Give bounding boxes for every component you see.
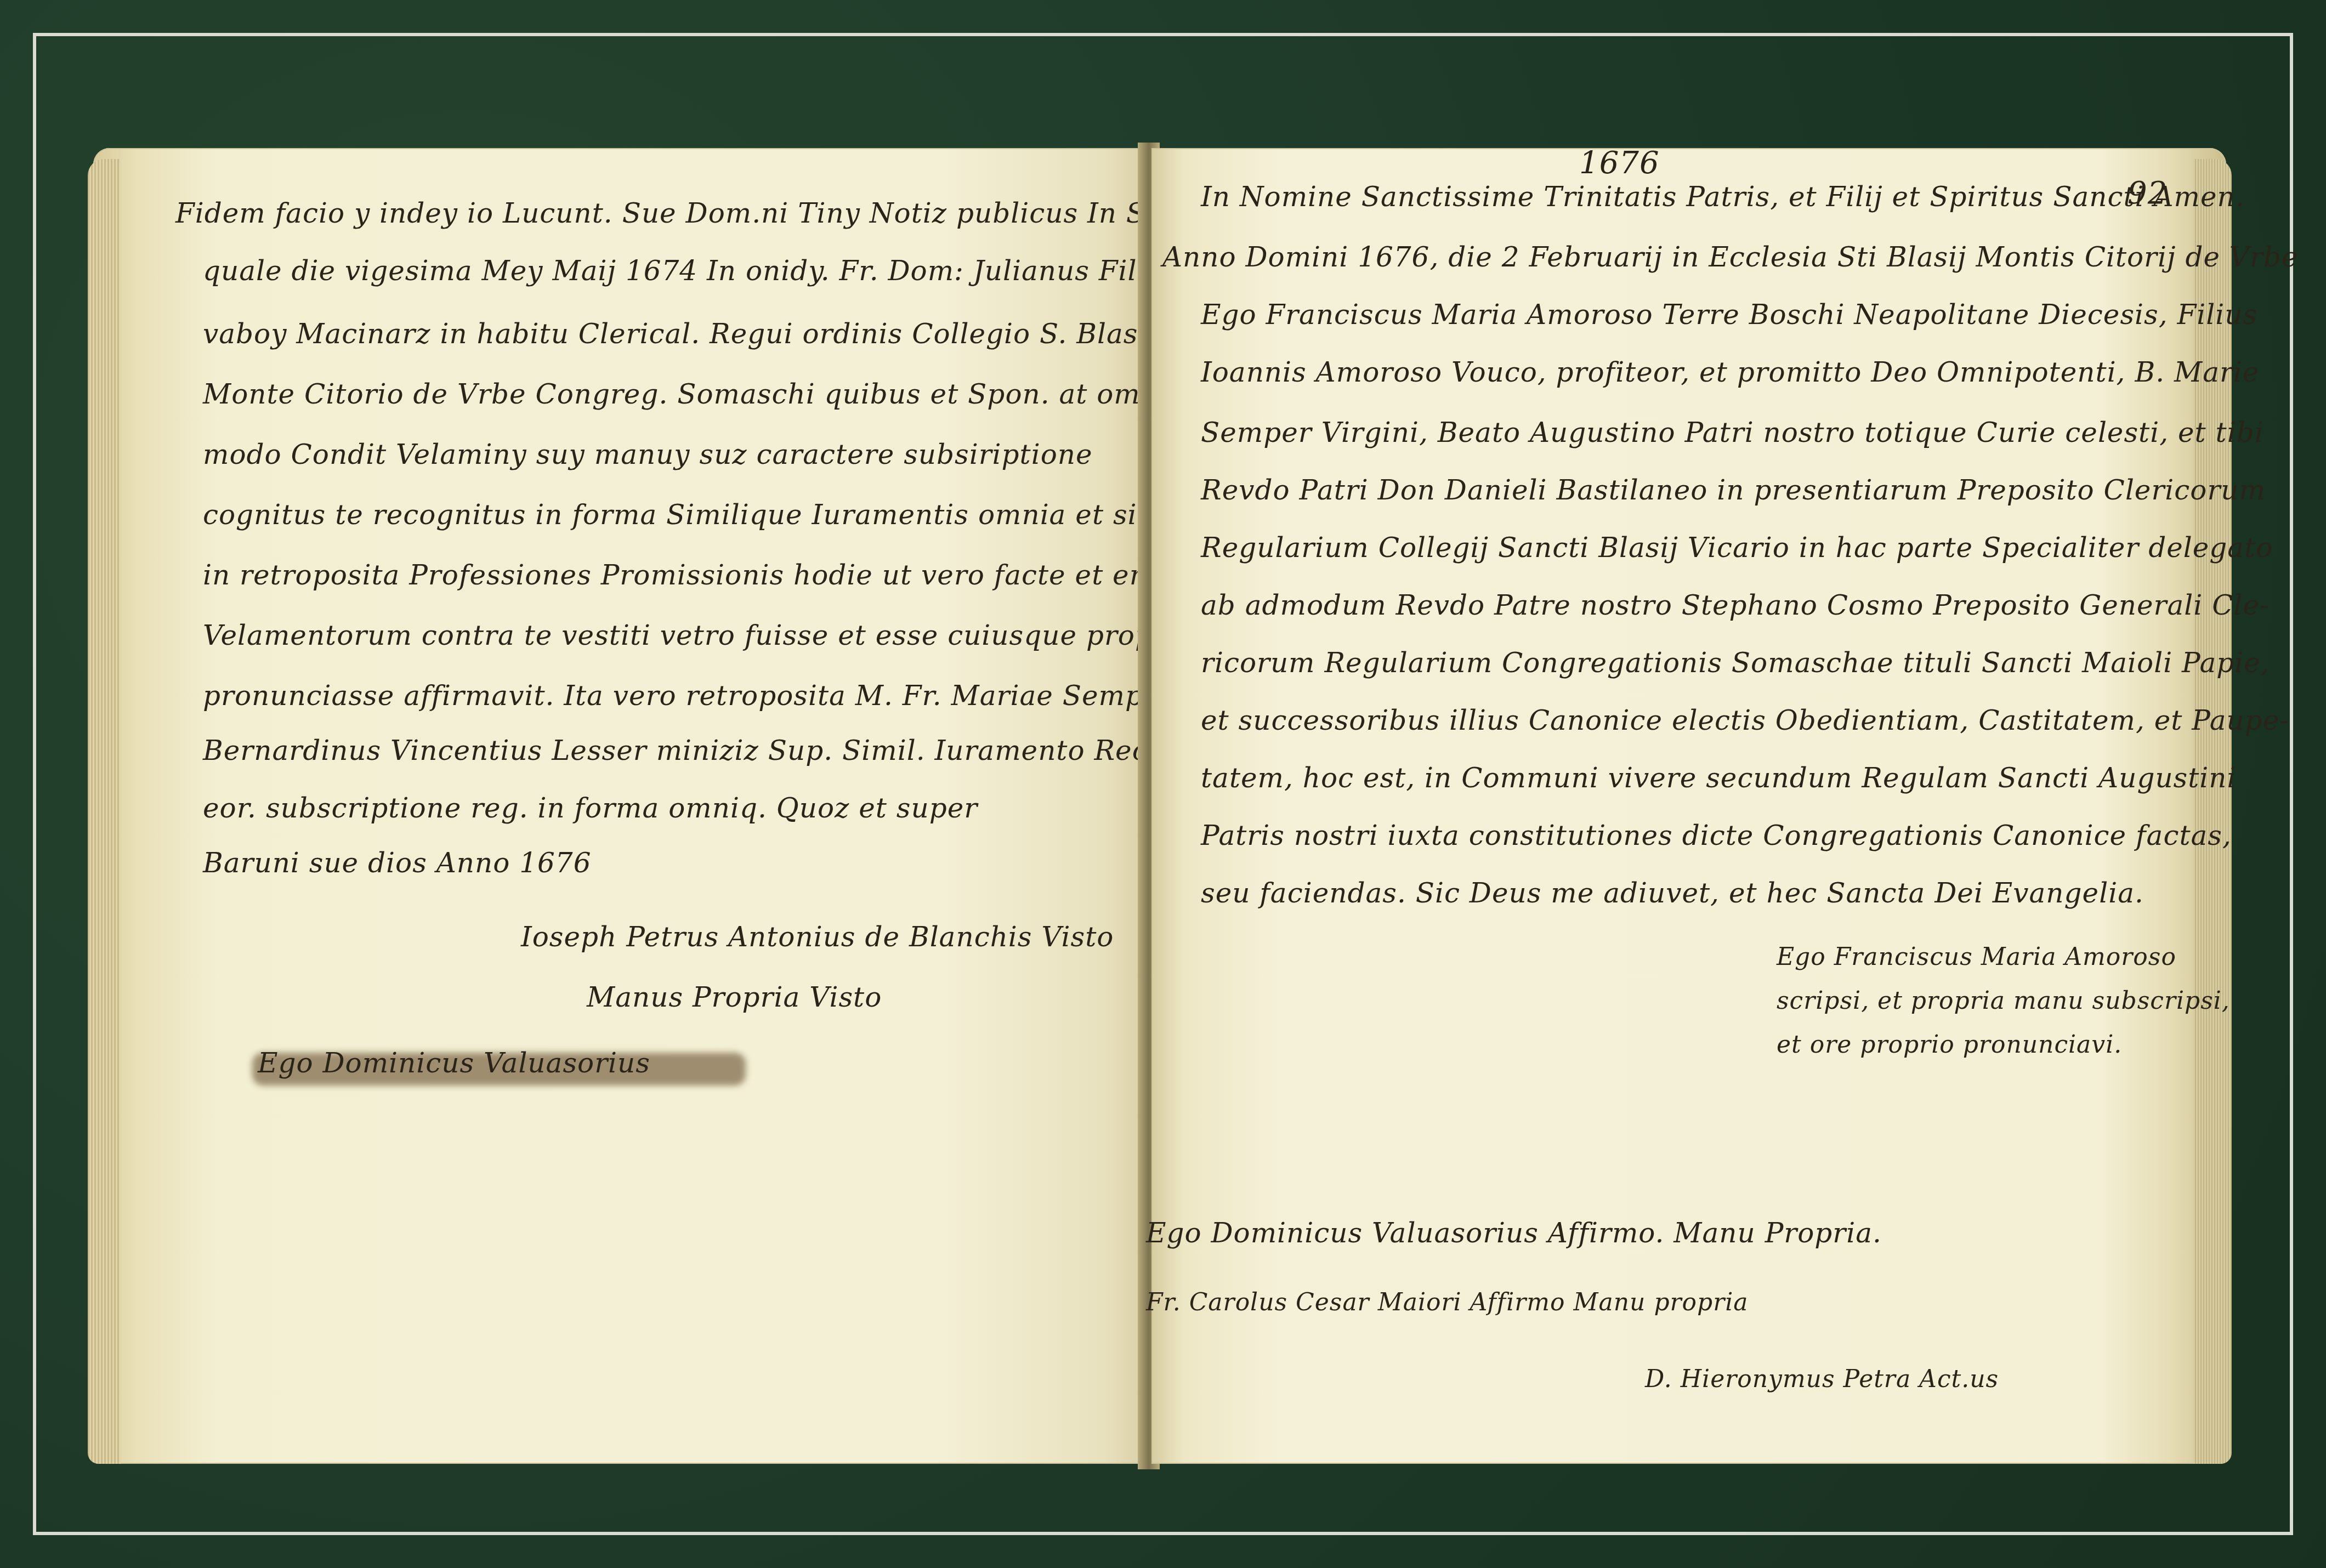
left-page: Fidem facio y indey io Lucunt. Sue Dom.n… [93,148,1146,1464]
right-line-5: Semper Virgini, Beato Augustino Patri no… [1201,417,2264,448]
left-line-4: Monte Citorio de Vrbe Congreg. Somaschi … [203,378,1221,410]
right-line-13: seu faciendas. Sic Deus me adiuvet, et h… [1201,877,2144,909]
declarant-line-2: scripsi, et propria manu subscripsi, [1777,987,2230,1015]
right-line-9: ricorum Regularium Congregationis Somasc… [1201,647,2270,679]
open-manuscript: Fidem facio y indey io Lucunt. Sue Dom.n… [93,132,2232,1486]
right-line-8: ab admodum Revdo Patre nostro Stephano C… [1201,589,2270,621]
right-line-2: Anno Domini 1676, die 2 Februarij in Ecc… [1162,241,2298,273]
right-line-1: In Nomine Sanctissime Trinitatis Patris,… [1201,181,2245,213]
declarant-line-3: et ore proprio pronunciavi. [1777,1031,2122,1059]
right-line-7: Regularium Collegij Sancti Blasij Vicari… [1201,532,2273,564]
right-line-3: Ego Franciscus Maria Amoroso Terre Bosch… [1201,299,2257,331]
left-signature-2: Manus Propria Visto [587,981,882,1013]
left-line-6: cognitus te recognitus in forma Similiqu… [203,499,1218,531]
left-line-12: Baruni sue dios Anno 1676 [203,847,592,879]
left-page-edges [88,159,121,1464]
declarant-line-1: Ego Franciscus Maria Amoroso [1777,943,2176,971]
right-line-10: et successoribus illius Canonice electis… [1201,705,2289,736]
right-line-4: Ioannis Amoroso Vouco, profiteor, et pro… [1201,356,2259,388]
left-signature-1: Ioseph Petrus Antonius de Blanchis Visto [521,921,1114,953]
right-page: 1676 92 In Nomine Sanctissime Trinitatis… [1151,148,2226,1464]
right-line-6: Revdo Patri Don Danieli Bastilaneo in pr… [1201,474,2266,506]
right-page-edges [2193,159,2232,1464]
left-signature-3: Ego Dominicus Valuasorius [258,1047,650,1079]
right-line-11: tatem, hoc est, in Communi vivere secund… [1201,762,2237,794]
left-line-2: quale die vigesima Mey Maij 1674 In onid… [203,255,1195,287]
left-line-11: eor. subscriptione reg. in forma omniq. … [203,792,978,824]
right-signature-3: D. Hieronymus Petra Act.us [1645,1365,1999,1393]
left-line-7: in retroposita Professiones Promissionis… [203,559,1211,591]
left-line-5: modo Condit Velaminy suy manuy suz carac… [203,439,1093,470]
right-signature-1: Ego Dominicus Valuasorius Affirmo. Manu … [1146,1217,1882,1249]
left-line-9: pronunciasse affirmavit. Ita vero retrop… [203,680,1174,712]
right-signature-2: Fr. Carolus Cesar Maiori Affirmo Manu pr… [1146,1288,1749,1316]
right-line-12: Patris nostri iuxta constitutiones dicte… [1201,820,2232,851]
left-line-8: Velamentorum contra te vestiti vetro fui… [203,620,1250,651]
left-line-3: vaboy Macinarz in habitu Clerical. Regui… [203,318,1193,350]
left-line-10: Bernardinus Vincentius Lesser miniziz Su… [203,735,1218,766]
year-header: 1676 [1579,145,1660,181]
left-line-1: Fidem facio y indey io Lucunt. Sue Dom.n… [175,197,1182,229]
